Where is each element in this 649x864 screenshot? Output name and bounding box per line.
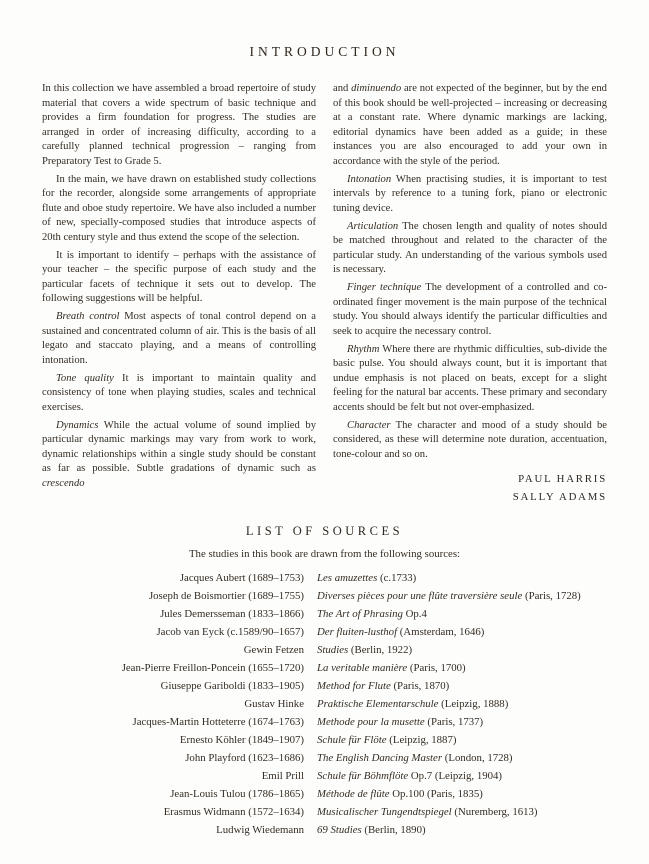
intro-right-paragraphs: and diminuendo are not expected of the b… xyxy=(333,82,607,462)
source-work: Method for Flute (Paris, 1870) xyxy=(317,677,607,695)
text-run: are not expected of the beginner, but by… xyxy=(333,83,607,167)
source-work: La veritable manière (Paris, 1700) xyxy=(317,659,607,677)
source-author: Ernesto Köhler (1849–1907) xyxy=(42,731,317,749)
text-run: (Nuremberg, 1613) xyxy=(452,806,538,818)
source-author: Joseph de Boismortier (1689–1755) xyxy=(42,587,317,605)
italic-text: diminuendo xyxy=(351,83,401,94)
italic-text: 69 Studies xyxy=(317,824,362,836)
source-row: Jacob van Eyck (c.1589/90–1657)Der fluit… xyxy=(42,623,607,641)
source-author: Ludwig Wiedemann xyxy=(42,821,317,839)
source-author: Erasmus Widmann (1572–1634) xyxy=(42,803,317,821)
text-run: (Berlin, 1922) xyxy=(348,644,412,656)
intro-paragraph: Intonation When practising studies, it i… xyxy=(333,173,607,217)
italic-text: Articulation xyxy=(347,221,398,232)
italic-text: Method for Flute xyxy=(317,680,391,692)
source-work: Musicalischer Tungendtspiegel (Nuremberg… xyxy=(317,803,607,821)
text-run: In the main, we have drawn on establishe… xyxy=(42,174,316,243)
italic-text: Dynamics xyxy=(56,420,98,431)
intro-paragraph: In the main, we have drawn on establishe… xyxy=(42,173,316,246)
text-run: Op.7 (Leipzig, 1904) xyxy=(408,770,502,782)
source-work: Studies (Berlin, 1922) xyxy=(317,641,607,659)
sources-section: LIST OF SOURCES The studies in this book… xyxy=(42,524,607,839)
source-author: John Playford (1623–1686) xyxy=(42,749,317,767)
author-name-2: SALLY ADAMS xyxy=(333,488,607,506)
sources-list: Jacques Aubert (1689–1753)Les amuzettes … xyxy=(42,569,607,839)
source-work: Schule für Böhmflöte Op.7 (Leipzig, 1904… xyxy=(317,767,607,785)
document-page: INTRODUCTION In this collection we have … xyxy=(0,0,649,864)
intro-paragraph: Tone quality It is important to maintain… xyxy=(42,372,316,416)
intro-paragraph: Character The character and mood of a st… xyxy=(333,419,607,463)
source-row: Jean-Louis Tulou (1786–1865)Méthode de f… xyxy=(42,785,607,803)
source-author: Emil Prill xyxy=(42,767,317,785)
text-run: (Berlin, 1890) xyxy=(362,824,426,836)
intro-paragraph: Breath control Most aspects of tonal con… xyxy=(42,310,316,368)
source-row: Giuseppe Gariboldi (1833–1905)Method for… xyxy=(42,677,607,695)
author-name-1: PAUL HARRIS xyxy=(333,470,607,488)
intro-paragraph: It is important to identify – perhaps wi… xyxy=(42,249,316,307)
italic-text: Intonation xyxy=(347,174,391,185)
italic-text: Der fluiten-lusthof xyxy=(317,626,397,638)
source-author: Jules Demersseman (1833–1866) xyxy=(42,605,317,623)
source-row: Jean-Pierre Freillon-Poncein (1655–1720)… xyxy=(42,659,607,677)
italic-text: Studies xyxy=(317,644,348,656)
italic-text: Schule für Flöte xyxy=(317,734,387,746)
text-run: and xyxy=(333,83,351,94)
text-run: (Leipzig, 1887) xyxy=(387,734,457,746)
italic-text: Diverses pièces pour une flûte traversiè… xyxy=(317,590,522,602)
intro-paragraph: In this collection we have assembled a b… xyxy=(42,82,316,169)
italic-text: The Art of Phrasing xyxy=(317,608,403,620)
italic-text: Praktische Elementarschule xyxy=(317,698,438,710)
source-row: Jacques Aubert (1689–1753)Les amuzettes … xyxy=(42,569,607,587)
italic-text: Breath control xyxy=(56,311,119,322)
source-work: Schule für Flöte (Leipzig, 1887) xyxy=(317,731,607,749)
source-work: Diverses pièces pour une flûte traversiè… xyxy=(317,587,607,605)
italic-text: Les amuzettes xyxy=(317,572,377,584)
italic-text: Méthode de flûte xyxy=(317,788,390,800)
text-run: Op.4 xyxy=(403,608,427,620)
text-run: (c.1733) xyxy=(377,572,416,584)
source-author: Jacques Aubert (1689–1753) xyxy=(42,569,317,587)
source-author: Gustav Hinke xyxy=(42,695,317,713)
source-work: Méthode de flûte Op.100 (Paris, 1835) xyxy=(317,785,607,803)
italic-text: Schule für Böhmflöte xyxy=(317,770,408,782)
intro-paragraph: Articulation The chosen length and quali… xyxy=(333,220,607,278)
source-work: Les amuzettes (c.1733) xyxy=(317,569,607,587)
source-row: Erasmus Widmann (1572–1634)Musicalischer… xyxy=(42,803,607,821)
text-run: It is important to identify – perhaps wi… xyxy=(42,250,316,305)
source-work: The Art of Phrasing Op.4 xyxy=(317,605,607,623)
source-row: Ernesto Köhler (1849–1907)Schule für Flö… xyxy=(42,731,607,749)
source-row: Ludwig Wiedemann69 Studies (Berlin, 1890… xyxy=(42,821,607,839)
intro-paragraph: and diminuendo are not expected of the b… xyxy=(333,82,607,169)
source-row: Gewin FetzenStudies (Berlin, 1922) xyxy=(42,641,607,659)
intro-paragraph: Rhythm Where there are rhythmic difficul… xyxy=(333,343,607,416)
text-run: (Paris, 1728) xyxy=(522,590,580,602)
italic-text: The English Dancing Master xyxy=(317,752,442,764)
source-author: Giuseppe Gariboldi (1833–1905) xyxy=(42,677,317,695)
source-row: John Playford (1623–1686)The English Dan… xyxy=(42,749,607,767)
text-run: (Paris, 1737) xyxy=(425,716,483,728)
source-work: Methode pour la musette (Paris, 1737) xyxy=(317,713,607,731)
intro-right-column: and diminuendo are not expected of the b… xyxy=(333,82,607,506)
source-work: The English Dancing Master (London, 1728… xyxy=(317,749,607,767)
intro-columns: In this collection we have assembled a b… xyxy=(42,82,607,506)
page-title: INTRODUCTION xyxy=(42,44,607,60)
source-author: Jean-Louis Tulou (1786–1865) xyxy=(42,785,317,803)
sources-subtitle: The studies in this book are drawn from … xyxy=(42,548,607,560)
italic-text: Rhythm xyxy=(347,344,379,355)
text-run: (Amsterdam, 1646) xyxy=(397,626,484,638)
source-row: Jules Demersseman (1833–1866)The Art of … xyxy=(42,605,607,623)
source-work: 69 Studies (Berlin, 1890) xyxy=(317,821,607,839)
text-run: (Paris, 1700) xyxy=(407,662,465,674)
text-run: (London, 1728) xyxy=(442,752,512,764)
intro-left-paragraphs: In this collection we have assembled a b… xyxy=(42,82,316,491)
text-run: Op.100 (Paris, 1835) xyxy=(390,788,483,800)
intro-paragraph: Dynamics While the actual volume of soun… xyxy=(42,419,316,492)
intro-paragraph: Finger technique The development of a co… xyxy=(333,281,607,339)
source-author: Gewin Fetzen xyxy=(42,641,317,659)
italic-text: Character xyxy=(347,420,391,431)
source-row: Gustav HinkePraktische Elementarschule (… xyxy=(42,695,607,713)
authors-signature: PAUL HARRIS SALLY ADAMS xyxy=(333,470,607,506)
source-author: Jacob van Eyck (c.1589/90–1657) xyxy=(42,623,317,641)
text-run: In this collection we have assembled a b… xyxy=(42,83,316,167)
italic-text: Musicalischer Tungendtspiegel xyxy=(317,806,452,818)
source-author: Jacques-Martin Hotteterre (1674–1763) xyxy=(42,713,317,731)
italic-text: Finger technique xyxy=(347,282,421,293)
source-row: Emil PrillSchule für Böhmflöte Op.7 (Lei… xyxy=(42,767,607,785)
sources-title: LIST OF SOURCES xyxy=(42,524,607,539)
italic-text: La veritable manière xyxy=(317,662,407,674)
source-work: Praktische Elementarschule (Leipzig, 188… xyxy=(317,695,607,713)
italic-text: Methode pour la musette xyxy=(317,716,425,728)
text-run: (Leipzig, 1888) xyxy=(438,698,508,710)
source-row: Joseph de Boismortier (1689–1755)Diverse… xyxy=(42,587,607,605)
source-row: Jacques-Martin Hotteterre (1674–1763)Met… xyxy=(42,713,607,731)
text-run: (Paris, 1870) xyxy=(391,680,449,692)
source-work: Der fluiten-lusthof (Amsterdam, 1646) xyxy=(317,623,607,641)
source-author: Jean-Pierre Freillon-Poncein (1655–1720) xyxy=(42,659,317,677)
italic-text: Tone quality xyxy=(56,373,114,384)
italic-text: crescendo xyxy=(42,478,85,489)
intro-left-column: In this collection we have assembled a b… xyxy=(42,82,316,506)
